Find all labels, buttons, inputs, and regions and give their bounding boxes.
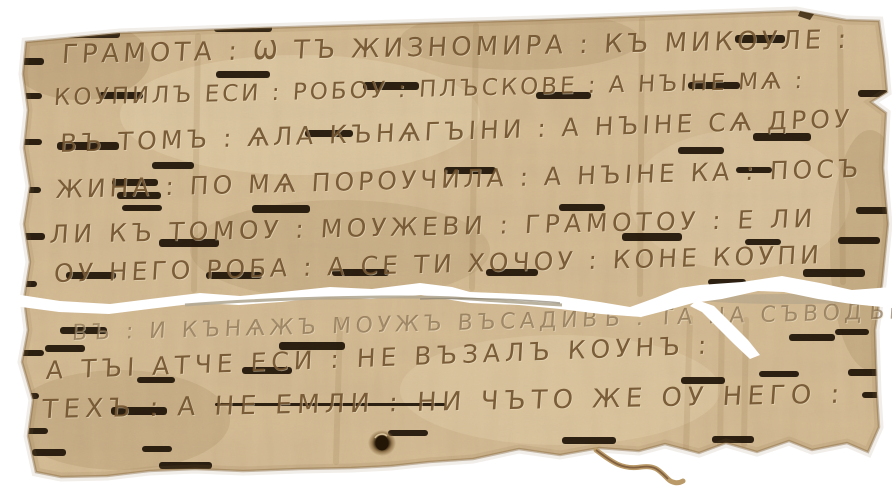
inscription-line-1: ГРАМОТА : Ѡ ТЪ ЖИЗНОМИРА : КЪ МИКОУЛЕ : (61, 25, 851, 70)
inscription-line-9: ТЕХЪ : А НЕ ЕМЛИ : НИ ЧЪТО ЖЕ ОУ НЕГО : (41, 380, 846, 425)
inscription-line-3: ВЪ ТОМЪ : ѦЛА КЪНѦГЪІНИ : А НЪІНЕ СѦ ДРО… (59, 104, 854, 158)
inscription-line-6: ОУ НЕГО РОБА : А СЕ ТИ ХОЧОУ : КОНЕ КОУП… (53, 240, 824, 288)
inscription-line-4: ЖИНА : ПО МѦ ПОРОУЧИЛА : А НЪІНЕ КА : ПО… (55, 154, 863, 204)
inscription: ГРАМОТА : Ѡ ТЪ ЖИЗНОМИРА : КЪ МИКОУЛЕ : … (0, 0, 892, 502)
photo-canvas: ГРАМОТА : Ѡ ТЪ ЖИЗНОМИРА : КЪ МИКОУЛЕ : … (0, 0, 892, 502)
inscription-line-2: КОУПИЛЪ ЕСИ : РОБОУ : ПЛЪСКОВЕ : А НЪІНЕ… (53, 68, 806, 111)
